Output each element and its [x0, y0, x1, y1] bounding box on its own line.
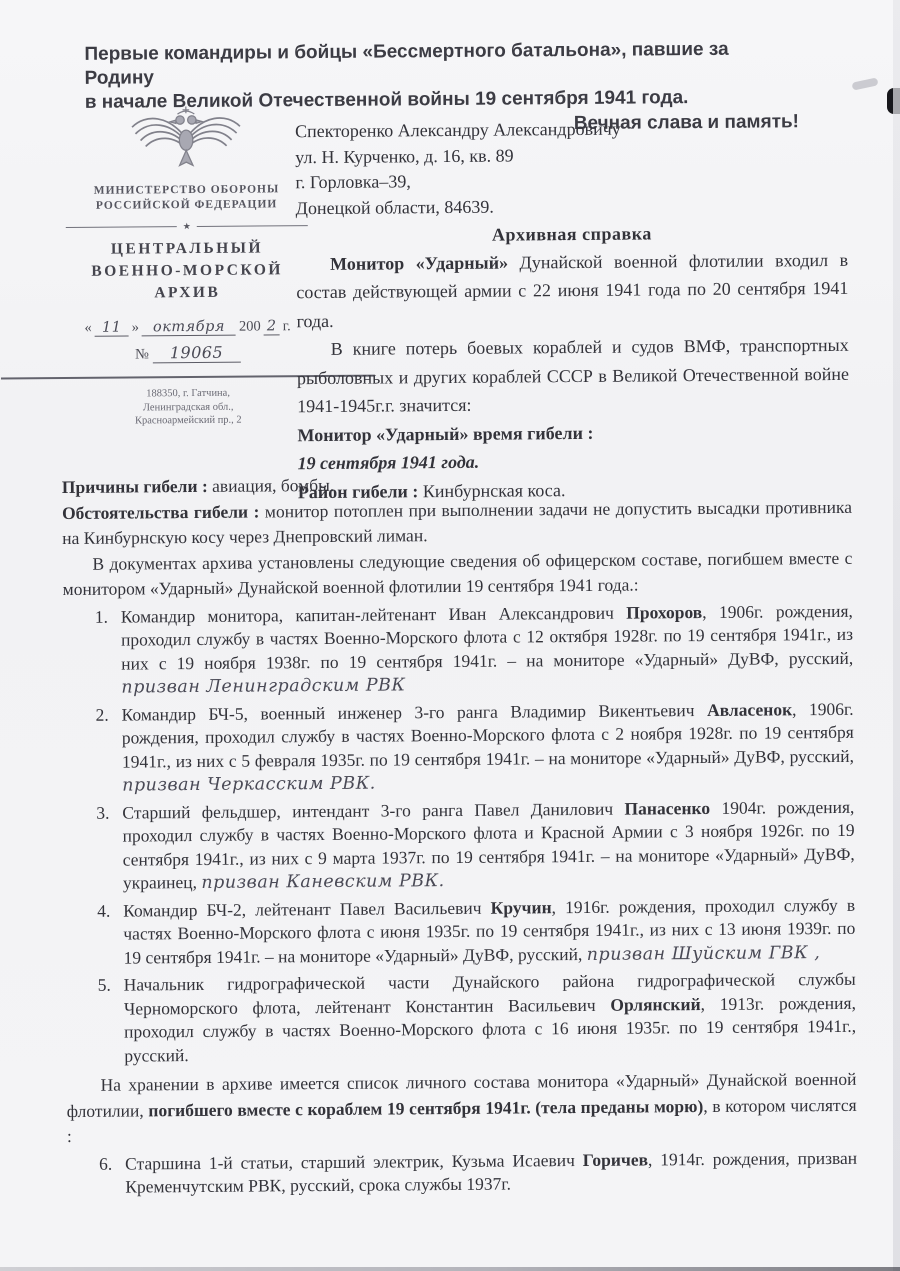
crew-item-6: 6.Старшина 1-й статьи, старший электрик,… — [67, 1146, 857, 1199]
crew-6-surname: Горичев — [583, 1149, 648, 1170]
crew-6-text: Старшина 1-й статьи, старший электрик, К… — [125, 1149, 583, 1173]
officer-3-surname: Панасенко — [624, 797, 710, 818]
archive-address: 188350, г. Гатчина, Ленинградская обл., … — [55, 386, 321, 429]
number-label: № — [135, 346, 149, 362]
archive-name-line-1: ЦЕНТРАЛЬНЫЙ — [54, 237, 320, 261]
crew-list-paragraph: На хранении в архиве имеется список личн… — [66, 1067, 857, 1150]
officer-4-number: 4. — [97, 899, 110, 923]
officer-4-text: Командир БЧ-2, лейтенант Павел Васильеви… — [123, 897, 491, 920]
mod-eagle-emblem-icon — [53, 103, 320, 179]
date-year-handwritten: 2 — [264, 318, 280, 335]
certificate-column: Спекторенко Александру Александровичу ул… — [295, 115, 850, 506]
officer-3-number: 3. — [96, 801, 109, 825]
officer-3-text: Старший фельдшер, интендант 3-го ранга П… — [122, 798, 624, 822]
archive-name-line-2: ВОЕННО-МОРСКОЙ — [54, 259, 320, 283]
officer-2-number: 2. — [96, 703, 109, 727]
document-number: № 19065 — [55, 342, 321, 364]
archive-address-line-3: Красноармейский пр., 2 — [55, 413, 321, 429]
officer-2-text: Командир БЧ-5, военный инженер 3-го ранг… — [122, 699, 708, 724]
scanned-document-page: Первые командиры и бойцы «Бессмертного б… — [0, 0, 900, 1271]
document-date: «11» октября 2002 г. — [55, 318, 321, 337]
causes-label: Причины гибели : — [62, 476, 208, 497]
officer-1-surname: Прохоров — [626, 602, 702, 623]
officer-5-number: 5. — [98, 974, 111, 998]
divider-line-right — [197, 225, 308, 227]
officers-list: 1.Командир монитора, капитан-лейтенант И… — [63, 599, 857, 1069]
loss-time-value: 19 сентября 1941 года. — [298, 452, 480, 473]
date-month-handwritten: октября — [142, 319, 236, 337]
officer-item-1: 1.Командир монитора, капитан-лейтенант И… — [63, 599, 854, 700]
officers-intro-paragraph: В документах архива установлены следующи… — [62, 545, 852, 602]
causes-value: авиация, бомбы. — [208, 475, 335, 496]
officer-3-handwritten-note: призван Каневским РВК. — [201, 871, 445, 893]
officer-4-handwritten-note: призван Шуйским ГВК , — [587, 943, 821, 965]
certificate-paragraph-2: В книге потерь боевых кораблей и судов В… — [297, 331, 850, 421]
memorial-line-1: Первые командиры и бойцы «Бессмертного б… — [84, 37, 798, 91]
date-day-handwritten: 11 — [95, 320, 129, 337]
scan-right-edge-shadow — [893, 0, 900, 1271]
date-suffix: г. — [283, 318, 291, 335]
ministry-name: МИНИСТЕРСТВО ОБОРОНЫ РОССИЙСКОЙ ФЕДЕРАЦИ… — [53, 182, 319, 214]
officer-1-text: Командир монитора, капитан-лейтенант Ива… — [121, 602, 627, 626]
circumstances-label: Обстоятельства гибели : — [62, 501, 260, 523]
officer-item-3: 3.Старший фельдшер, интендант 3-го ранга… — [64, 795, 855, 896]
officer-2-handwritten-note: призван Черкасским РВК. — [122, 774, 376, 796]
archive-name: ЦЕНТРАЛЬНЫЙ ВОЕННО-МОРСКОЙ АРХИВ — [54, 237, 321, 305]
document-content: Первые командиры и бойцы «Бессмертного б… — [0, 0, 900, 1271]
scan-bottom-edge-shadow — [0, 1267, 900, 1271]
star-icon: ★ — [183, 222, 191, 231]
crew-6-number: 6. — [99, 1152, 112, 1176]
date-year-printed: 200 — [239, 318, 261, 335]
loss-time-label: Монитор «Ударный» время гибели : — [297, 422, 593, 444]
crew-paragraph-bold: погибшего вместе с кораблем 19 сентября … — [148, 1096, 703, 1120]
number-value-handwritten: 19065 — [152, 343, 240, 364]
letterhead-divider: ★ — [66, 221, 308, 232]
letterhead: МИНИСТЕРСТВО ОБОРОНЫ РОССИЙСКОЙ ФЕДЕРАЦИ… — [53, 103, 322, 429]
recipient-region: Донецкой области, 84639. — [296, 191, 848, 221]
date-open-quote: « — [84, 320, 91, 337]
officer-item-4: 4.Командир БЧ-2, лейтенант Павел Василье… — [65, 893, 856, 971]
officer-1-number: 1. — [95, 605, 108, 629]
officer-4-surname: Кручин — [491, 897, 552, 917]
date-close-quote: » — [132, 319, 139, 336]
ministry-line-2: РОССИЙСКОЙ ФЕДЕРАЦИИ — [54, 197, 320, 214]
officer-5-surname: Орлянский — [610, 994, 700, 1015]
ship-name-bold: Монитор «Ударный» — [330, 252, 508, 273]
officer-item-2: 2.Командир БЧ-5, военный инженер 3-го ра… — [64, 697, 855, 798]
archive-name-line-3: АРХИВ — [54, 281, 320, 305]
divider-line-left — [66, 226, 177, 228]
certificate-body: Причины гибели : авиация, бомбы. Обстоят… — [62, 469, 858, 1200]
circumstances-paragraph: Обстоятельства гибели : монитор потоплен… — [62, 494, 852, 551]
certificate-paragraph-1: Монитор «Ударный» Дунайской военной флот… — [296, 245, 849, 335]
officer-1-handwritten-note: призван Ленинградским РВК — [121, 675, 405, 697]
loss-time-line: Монитор «Ударный» время гибели : — [297, 416, 849, 449]
officer-item-5: 5.Начальник гидрографической части Дунай… — [66, 968, 857, 1069]
officer-2-surname: Авласенок — [707, 699, 792, 720]
